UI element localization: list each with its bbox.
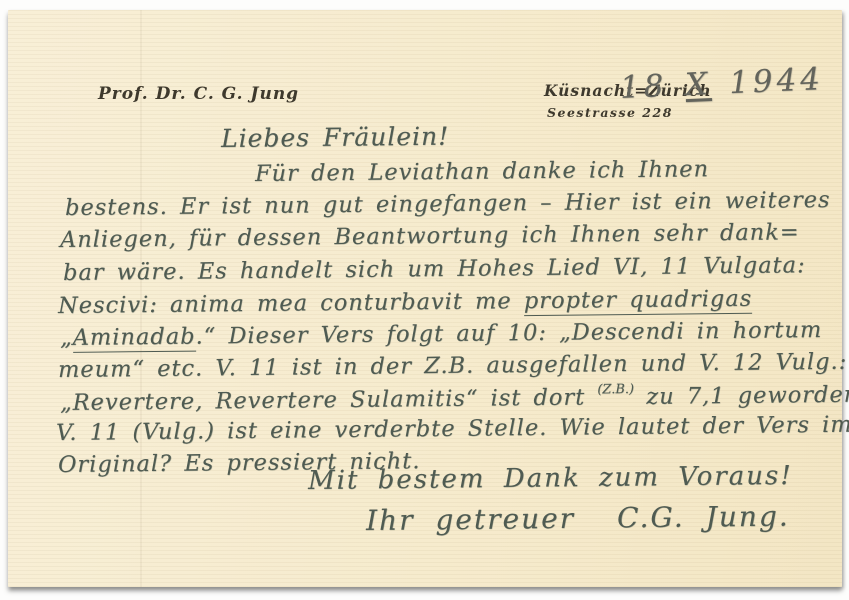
body-line-3: Anliegen, für dessen Beantwortung ich Ih… <box>60 219 800 253</box>
underlined-word-aminadab: Aminadab <box>73 324 196 353</box>
body-line-6: „Aminadab.“ Dieser Vers folgt auf 10: „D… <box>60 317 823 351</box>
body-line-8: „Revertere, Revertere Sulamitis“ ist dor… <box>60 380 849 416</box>
letter-scan: Prof. Dr. C. G. Jung Küsnacht=Zürich See… <box>0 0 849 600</box>
date-month-roman: X <box>684 66 712 103</box>
body-line-8-text-end: zu 7,1 geworden <box>634 382 849 410</box>
interlinear-insertion-zb: (Z.B.) <box>597 382 634 397</box>
valediction: Ihr getreuer <box>366 502 575 537</box>
body-line-8-text: „Revertere, Revertere Sulamitis“ ist dor… <box>60 384 598 416</box>
body-line-4: bar wäre. Es handelt sich um Hohes Lied … <box>63 252 806 286</box>
closing-line: Mit bestem Dank zum Voraus! <box>308 461 793 496</box>
body-line-6-text: .“ Dieser Vers folgt auf 10: „Descendi i… <box>195 317 822 350</box>
letterhead-street: Seestrasse 228 <box>547 105 673 120</box>
letter-paper: Prof. Dr. C. G. Jung Küsnacht=Zürich See… <box>8 10 842 587</box>
salutation: Liebes Fräulein! <box>221 122 449 153</box>
body-line-5: Nescivi: anima mea conturbavit me propte… <box>58 286 752 319</box>
body-line-7: meum“ etc. V. 11 ist in der Z.B. ausgefa… <box>58 349 847 383</box>
body-line-2: bestens. Er ist nun gut eingefangen – Hi… <box>65 187 831 221</box>
signature-line: Ihr getreuerC.G. Jung. <box>366 500 790 537</box>
signature: C.G. Jung. <box>617 500 790 535</box>
letterhead-name: Prof. Dr. C. G. Jung <box>98 84 299 104</box>
date-day: 18 <box>619 68 668 106</box>
handwritten-date: 18 X 1944 <box>619 61 825 106</box>
body-line-6-open-quote: „ <box>60 325 73 351</box>
date-year: 1944 <box>728 61 824 101</box>
body-line-9: V. 11 (Vulg.) ist eine verderbte Stelle.… <box>56 412 849 446</box>
body-line-5-text: Nescivi: anima mea conturbavit me <box>58 288 524 319</box>
body-line-1: Für den Leviathan danke ich Ihnen <box>255 156 709 187</box>
underlined-phrase-propter-quadrigas: propter quadrigas <box>524 286 753 316</box>
